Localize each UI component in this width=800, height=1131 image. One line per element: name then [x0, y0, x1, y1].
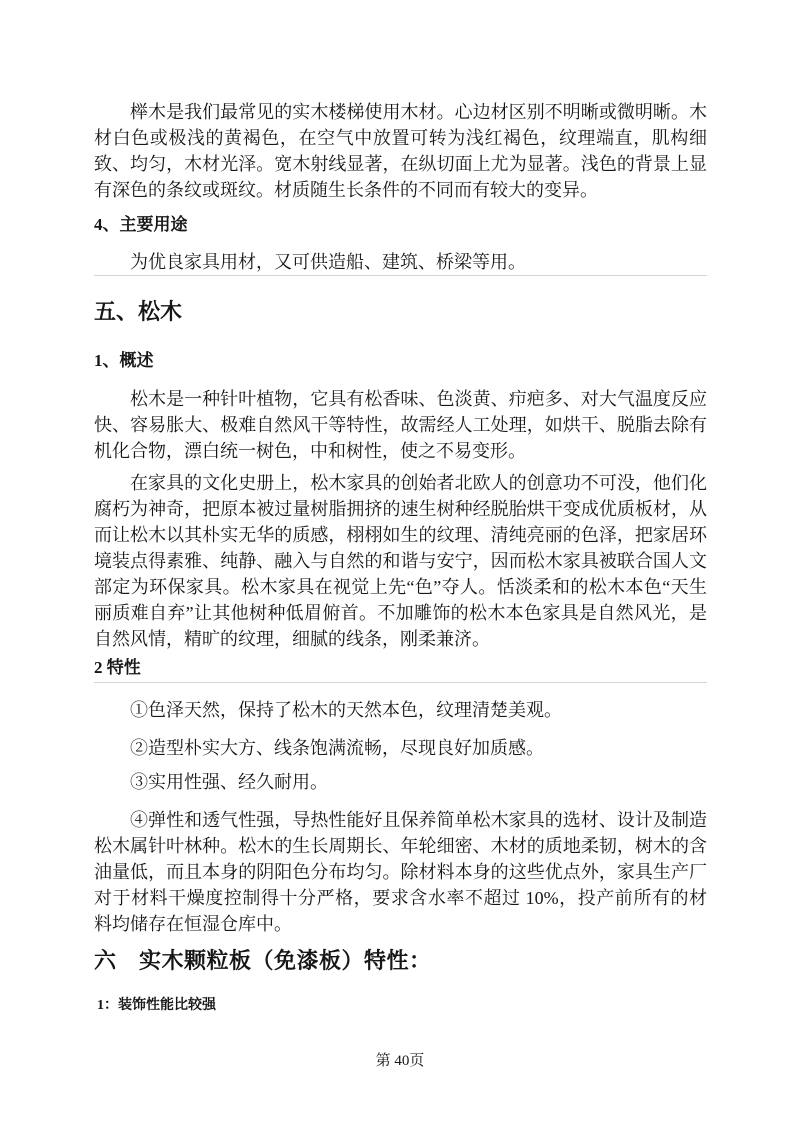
heading-section-particle-board: 六 实木颗粒板（免漆板）特性：	[94, 946, 707, 976]
heading-section-pine: 五、松木	[94, 297, 707, 327]
trait-item-2: ②造型朴实大方、线条饱满流畅，尽现良好加质感。	[94, 735, 707, 761]
document-page: 榉木是我们最常见的实木楼梯使用木材。心边材区别不明晰或微明晰。木材白色或极浅的黄…	[0, 0, 800, 1131]
traits-divider	[94, 682, 707, 683]
paragraph-beech-description: 榉木是我们最常见的实木楼梯使用木材。心边材区别不明晰或微明晰。木材白色或极浅的黄…	[94, 99, 707, 203]
page-number: 第 40页	[0, 1049, 800, 1070]
heading-overview: 1、概述	[94, 349, 707, 373]
heading-main-use: 4、主要用途	[94, 213, 707, 237]
paragraph-pine-culture: 在家具的文化史册上，松木家具的创始者北欧人的创意功不可没，他们化腐朽为神奇，把原…	[94, 470, 707, 652]
paragraph-main-use: 为优良家具用材，又可供造船、建筑、桥梁等用。	[94, 249, 707, 275]
heading-traits: 2 特性	[94, 656, 707, 680]
section-divider	[94, 275, 707, 276]
paragraph-pine-intro: 松木是一种针叶植物，它具有松香味、色淡黄、疖疤多、对大气温度反应快、容易胀大、极…	[94, 386, 707, 464]
paragraph-trait-4: ④弹性和透气性强，导热性能好且保养简单松木家具的选材、设计及制造松木属针叶林种。…	[94, 807, 707, 937]
subheading-decorative-performance: 1：装饰性能比较强	[97, 996, 707, 1016]
trait-item-3: ③实用性强、经久耐用。	[94, 769, 707, 795]
trait-item-1: ①色泽天然，保持了松木的天然本色，纹理清楚美观。	[94, 697, 707, 723]
